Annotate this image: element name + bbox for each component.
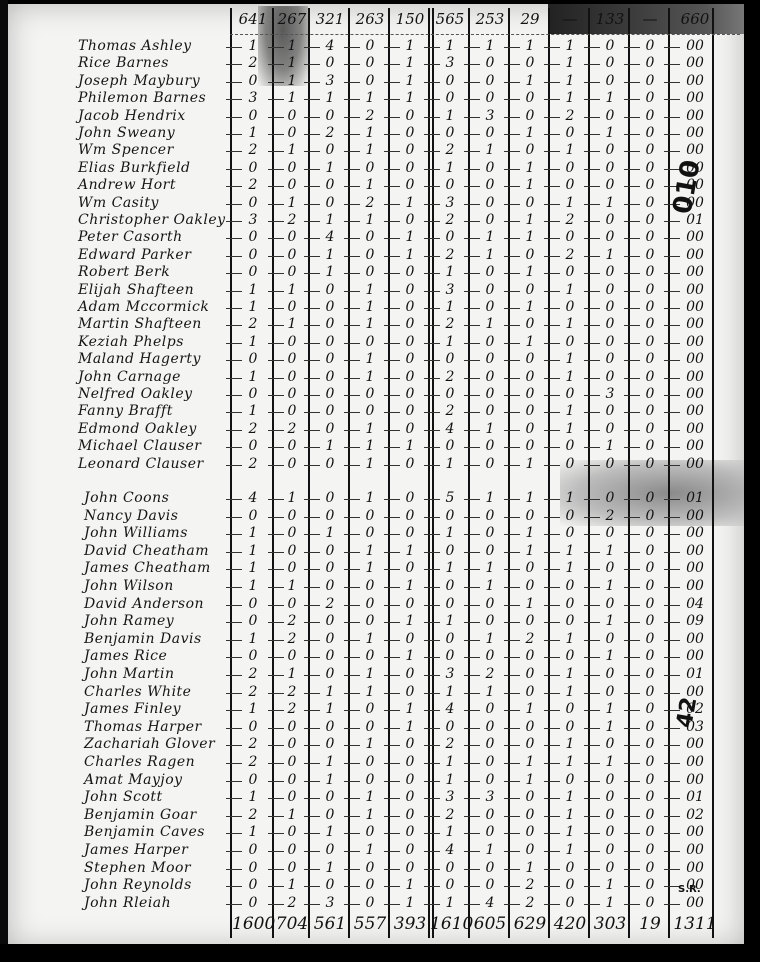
tally-cell: 0 xyxy=(390,666,430,682)
tally-cell: 1 xyxy=(590,701,630,717)
tally-cell: 0 xyxy=(274,247,310,263)
column-header: 263 xyxy=(350,10,390,32)
tally-cell: 0 xyxy=(470,596,510,612)
tally-cell: 0 xyxy=(350,73,390,89)
tally-cell: 1 xyxy=(310,684,350,700)
tally-cell: 0 xyxy=(390,754,430,770)
column-total: 629 xyxy=(510,914,550,934)
tally-cell: 1 xyxy=(350,490,390,506)
tally-cell: 0 xyxy=(232,842,274,858)
entry-name: Amat Mayjoy xyxy=(84,772,183,788)
tally-cell: 0 xyxy=(630,525,670,541)
tally-cell: 00 xyxy=(670,438,720,454)
tally-cell: 0 xyxy=(510,684,550,700)
tally-cell: 1 xyxy=(232,282,274,298)
tally-cell: 0 xyxy=(274,351,310,367)
table-row: 2101021010000 xyxy=(232,142,720,158)
tally-cell: 0 xyxy=(232,229,274,245)
column-header: — xyxy=(630,10,670,32)
tally-cell: 0 xyxy=(390,334,430,350)
entry-name: Robert Berk xyxy=(78,264,170,280)
tally-cell: 0 xyxy=(630,73,670,89)
tally-cell: 0 xyxy=(390,264,430,280)
tally-cell: 1 xyxy=(470,490,510,506)
tally-cell: 0 xyxy=(470,55,510,71)
table-row: 0020000100004 xyxy=(232,596,720,612)
tally-cell: 0 xyxy=(550,299,590,315)
tally-cell: 0 xyxy=(590,229,630,245)
tally-cell: 0 xyxy=(274,177,310,193)
tally-cell: 04 xyxy=(670,596,720,612)
tally-cell: 1 xyxy=(550,316,590,332)
tally-cell: 1 xyxy=(550,560,590,576)
tally-cell: 0 xyxy=(630,421,670,437)
tally-cell: 1 xyxy=(350,142,390,158)
tally-cell: 1 xyxy=(390,195,430,211)
tally-cell: 0 xyxy=(232,73,274,89)
tally-cell: 00 xyxy=(670,264,720,280)
tally-cell: 00 xyxy=(670,403,720,419)
tally-cell: 1 xyxy=(350,282,390,298)
tally-cell: 0 xyxy=(232,247,274,263)
tally-cell: 0 xyxy=(590,403,630,419)
tally-cell: 1 xyxy=(550,807,590,823)
tally-cell: 0 xyxy=(310,578,350,594)
tally-cell: 2 xyxy=(232,754,274,770)
tally-cell: 0 xyxy=(390,125,430,141)
tally-cell: 0 xyxy=(510,736,550,752)
tally-cell: 0 xyxy=(590,351,630,367)
tally-cell: 0 xyxy=(390,316,430,332)
tally-cell: 1 xyxy=(310,438,350,454)
tally-cell: 01 xyxy=(670,789,720,805)
tally-cell: 0 xyxy=(430,177,470,193)
tally-cell: 1 xyxy=(274,73,310,89)
tally-cell: 0 xyxy=(590,789,630,805)
entry-name: James Rice xyxy=(84,648,167,664)
tally-cell: 2 xyxy=(232,456,274,472)
column-header: 660 xyxy=(670,10,720,32)
tally-cell: 1 xyxy=(510,264,550,280)
tally-cell: 00 xyxy=(670,543,720,559)
tally-cell: 1 xyxy=(550,38,590,54)
tally-cell: 1 xyxy=(310,754,350,770)
tally-cell: 0 xyxy=(350,403,390,419)
tally-cell: 1 xyxy=(232,631,274,647)
tally-cell: 0 xyxy=(470,860,510,876)
tally-cell: 1 xyxy=(274,142,310,158)
column-header: 150 xyxy=(390,10,430,32)
table-row: 1101030010000 xyxy=(232,282,720,298)
tally-cell: 1 xyxy=(274,282,310,298)
tally-cell: 0 xyxy=(350,877,390,893)
tally-cell: 0 xyxy=(510,666,550,682)
table-row: 0010010100000 xyxy=(232,160,720,176)
tally-cell: 0 xyxy=(550,229,590,245)
tally-cell: 0 xyxy=(232,860,274,876)
entry-name: Christopher Oakley xyxy=(78,212,226,228)
tally-cell: 0 xyxy=(470,701,510,717)
tally-cell: 1 xyxy=(350,90,390,106)
tally-cell: 0 xyxy=(550,456,590,472)
tally-cell: 0 xyxy=(232,648,274,664)
entry-name: John Ramey xyxy=(84,613,174,629)
entry-name: John Scott xyxy=(84,789,163,805)
tally-cell: 1 xyxy=(510,701,550,717)
tally-cell: 0 xyxy=(590,807,630,823)
tally-cell: 0 xyxy=(350,38,390,54)
tally-cell: 0 xyxy=(590,177,630,193)
tally-cell: 0 xyxy=(550,648,590,664)
entry-name: Joseph Maybury xyxy=(78,73,200,89)
tally-cell: 0 xyxy=(590,38,630,54)
table-row: 0040101100000 xyxy=(232,229,720,245)
table-row: 4101051110001 xyxy=(232,490,720,506)
tally-cell: 0 xyxy=(630,316,670,332)
tally-cell: 2 xyxy=(470,666,510,682)
entry-name: Rice Barnes xyxy=(78,55,169,71)
tally-cell: 0 xyxy=(274,386,310,402)
tally-cell: 1 xyxy=(470,842,510,858)
tally-cell: 2 xyxy=(274,212,310,228)
tally-cell: 3 xyxy=(310,73,350,89)
tally-cell: 1 xyxy=(550,736,590,752)
tally-cell: 2 xyxy=(310,596,350,612)
tally-cell: 0 xyxy=(430,877,470,893)
tally-cell: 1 xyxy=(550,666,590,682)
tally-cell: 1 xyxy=(350,543,390,559)
tally-cell: 0 xyxy=(232,108,274,124)
tally-cell: 1 xyxy=(590,543,630,559)
tally-cell: 0 xyxy=(630,438,670,454)
tally-cell: 0 xyxy=(390,824,430,840)
tally-cell: 1 xyxy=(274,90,310,106)
tally-cell: 0 xyxy=(390,369,430,385)
tally-cell: 00 xyxy=(670,525,720,541)
tally-cell: 2 xyxy=(550,247,590,263)
tally-cell: 1 xyxy=(274,55,310,71)
tally-cell: 0 xyxy=(510,842,550,858)
tally-cell: 0 xyxy=(510,421,550,437)
tally-cell: 00 xyxy=(670,456,720,472)
entry-name: Maland Hagerty xyxy=(78,351,201,367)
tally-cell: 0 xyxy=(510,90,550,106)
tally-cell: 1 xyxy=(590,438,630,454)
tally-cell: 2 xyxy=(274,895,310,911)
tally-cell: 00 xyxy=(670,386,720,402)
tally-cell: 1 xyxy=(350,666,390,682)
table-row: 1021000101000 xyxy=(232,125,720,141)
tally-cell: 0 xyxy=(430,860,470,876)
tally-cell: 0 xyxy=(550,613,590,629)
tally-cell: 1 xyxy=(590,754,630,770)
tally-cell: 1 xyxy=(310,160,350,176)
tally-cell: 0 xyxy=(470,736,510,752)
tally-cell: 1 xyxy=(590,895,630,911)
tally-cell: 2 xyxy=(274,421,310,437)
tally-cell: 3 xyxy=(590,386,630,402)
table-row: 1001010100000 xyxy=(232,299,720,315)
tally-cell: 0 xyxy=(470,334,510,350)
scan-border-bottom xyxy=(0,944,760,962)
tally-cell: 00 xyxy=(670,334,720,350)
tally-cell: 0 xyxy=(470,195,510,211)
tally-cell: 0 xyxy=(470,648,510,664)
tally-cell: 1 xyxy=(550,73,590,89)
table-row: 1100101001000 xyxy=(232,578,720,594)
tally-cell: 1 xyxy=(550,842,590,858)
tally-cell: 1 xyxy=(430,560,470,576)
tally-cell: 0 xyxy=(510,824,550,840)
tally-cell: 1 xyxy=(550,631,590,647)
tally-cell: 0 xyxy=(274,264,310,280)
tally-cell: 4 xyxy=(430,421,470,437)
tally-cell: 0 xyxy=(390,282,430,298)
tally-cell: 1 xyxy=(350,807,390,823)
tally-cell: 0 xyxy=(310,299,350,315)
tally-cell: 0 xyxy=(274,648,310,664)
tally-cell: 1 xyxy=(232,560,274,576)
tally-cell: 0 xyxy=(630,543,670,559)
entry-name: Adam Mccormick xyxy=(78,299,209,315)
table-row: 1010010100000 xyxy=(232,525,720,541)
tally-cell: 0 xyxy=(470,807,510,823)
tally-cell: 0 xyxy=(274,334,310,350)
tally-cell: 1 xyxy=(550,90,590,106)
tally-cell: 1 xyxy=(430,160,470,176)
tally-cell: 3 xyxy=(430,195,470,211)
table-row: 1001020010000 xyxy=(232,369,720,385)
tally-cell: 0 xyxy=(274,299,310,315)
tally-cell: 0 xyxy=(232,596,274,612)
tally-cell: 0 xyxy=(390,177,430,193)
tally-cell: 2 xyxy=(274,613,310,629)
column-header: 253 xyxy=(470,10,510,32)
tally-cell: 1 xyxy=(550,55,590,71)
tally-cell: 0 xyxy=(232,508,274,524)
column-total: 557 xyxy=(350,914,390,934)
entry-name: Charles White xyxy=(84,684,191,700)
tally-cell: 1 xyxy=(430,299,470,315)
tally-cell: 0 xyxy=(310,631,350,647)
tally-cell: 0 xyxy=(630,403,670,419)
table-row: 0000100001003 xyxy=(232,719,720,735)
tally-cell: 0 xyxy=(470,177,510,193)
tally-cell: 0 xyxy=(590,282,630,298)
tally-cell: 0 xyxy=(590,334,630,350)
tally-cell: 1 xyxy=(390,719,430,735)
tally-cell: 00 xyxy=(670,560,720,576)
tally-cell: 1 xyxy=(350,177,390,193)
tally-cell: 1 xyxy=(430,525,470,541)
tally-cell: 1 xyxy=(390,229,430,245)
tally-cell: 1 xyxy=(390,578,430,594)
tally-cell: 00 xyxy=(670,90,720,106)
tally-cell: 1 xyxy=(590,125,630,141)
tally-cell: 0 xyxy=(350,701,390,717)
table-row: 0000000003000 xyxy=(232,386,720,402)
tally-cell: 1 xyxy=(390,438,430,454)
tally-cell: 1 xyxy=(430,334,470,350)
table-row: 1000020010000 xyxy=(232,403,720,419)
tally-cell: 1 xyxy=(310,90,350,106)
tally-cell: 0 xyxy=(274,438,310,454)
table-row: 0230114201000 xyxy=(232,895,720,911)
tally-cell: 0 xyxy=(510,55,550,71)
tally-cell: 0 xyxy=(310,369,350,385)
tally-cell: 0 xyxy=(590,631,630,647)
tally-cell: 1 xyxy=(470,316,510,332)
tally-cell: 1 xyxy=(430,895,470,911)
tally-cell: 0 xyxy=(390,631,430,647)
table-row: 0002013020000 xyxy=(232,108,720,124)
tally-cell: 0 xyxy=(630,508,670,524)
tally-cell: 0 xyxy=(590,142,630,158)
tally-cell: 0 xyxy=(274,789,310,805)
column-total: 704 xyxy=(274,914,310,934)
tally-cell: 0 xyxy=(550,701,590,717)
tally-cell: 4 xyxy=(310,229,350,245)
tally-cell: 0 xyxy=(510,403,550,419)
entry-name: John Carnage xyxy=(78,369,181,385)
tally-cell: 0 xyxy=(470,73,510,89)
tally-cell: 2 xyxy=(590,508,630,524)
tally-cell: 0 xyxy=(550,160,590,176)
tally-cell: 0 xyxy=(232,613,274,629)
table-row: 2001010100000 xyxy=(232,456,720,472)
tally-cell: 0 xyxy=(430,543,470,559)
tally-cell: 1 xyxy=(590,90,630,106)
tally-cell: 1 xyxy=(390,613,430,629)
entry-name: Stephen Moor xyxy=(84,860,191,876)
tally-cell: 0 xyxy=(310,719,350,735)
tally-cell: 0 xyxy=(232,895,274,911)
entry-name: Edward Parker xyxy=(78,247,191,263)
tally-cell: 1 xyxy=(430,772,470,788)
tally-cell: 0 xyxy=(630,282,670,298)
tally-cell: 00 xyxy=(670,648,720,664)
column-total: 605 xyxy=(470,914,510,934)
tally-cell: 0 xyxy=(630,684,670,700)
tally-cell: 1 xyxy=(550,684,590,700)
tally-cell: 0 xyxy=(390,299,430,315)
scan-border-right xyxy=(744,0,760,962)
tally-cell: 0 xyxy=(470,543,510,559)
tally-cell: 0 xyxy=(550,438,590,454)
entry-name: Keziah Phelps xyxy=(78,334,184,350)
tally-cell: 1 xyxy=(390,90,430,106)
column-header: 641 xyxy=(232,10,274,32)
tally-cell: 0 xyxy=(390,421,430,437)
tally-cell: 1 xyxy=(232,824,274,840)
tally-cell: 1 xyxy=(274,877,310,893)
table-row: 2211011010000 xyxy=(232,684,720,700)
tally-cell: 1 xyxy=(550,282,590,298)
tally-cell: 1 xyxy=(350,789,390,805)
tally-cell: 2 xyxy=(232,177,274,193)
tally-cell: 1 xyxy=(390,247,430,263)
tally-cell: 2 xyxy=(274,701,310,717)
tally-cell: 0 xyxy=(470,351,510,367)
tally-cell: 0 xyxy=(390,508,430,524)
table-row: 1001011010000 xyxy=(232,560,720,576)
tally-cell: 0 xyxy=(630,719,670,735)
column-totals-row: 16007045615573931610605629420303191311 xyxy=(232,914,720,934)
tally-cell: 0 xyxy=(470,282,510,298)
tally-cell: 1 xyxy=(470,247,510,263)
tally-cell: 2 xyxy=(274,684,310,700)
entry-name: John Martin xyxy=(84,666,175,682)
tally-cell: 0 xyxy=(274,772,310,788)
tally-cell: 2 xyxy=(510,631,550,647)
tally-cell: 0 xyxy=(310,351,350,367)
tally-cell: 0 xyxy=(350,719,390,735)
column-total: 1600 xyxy=(232,914,274,934)
tally-cell: 2 xyxy=(430,403,470,419)
column-header: 565 xyxy=(430,10,470,32)
tally-cell: 0 xyxy=(630,596,670,612)
scan-border-left xyxy=(0,0,8,962)
tally-cell: 00 xyxy=(670,55,720,71)
tally-cell: 0 xyxy=(430,648,470,664)
tally-cell: 1 xyxy=(510,490,550,506)
table-row: 0100100201000 xyxy=(232,877,720,893)
tally-cell: 2 xyxy=(430,247,470,263)
tally-cell: 1 xyxy=(390,55,430,71)
tally-cell: 1 xyxy=(430,684,470,700)
tally-cell: 00 xyxy=(670,125,720,141)
column-header: 267 xyxy=(274,10,310,32)
tally-cell: 0 xyxy=(510,195,550,211)
tally-cell: 0 xyxy=(310,386,350,402)
entry-name: James Harper xyxy=(84,842,188,858)
tally-cell: 1 xyxy=(274,38,310,54)
tally-cell: 0 xyxy=(630,212,670,228)
tally-cell: 2 xyxy=(550,108,590,124)
tally-cell: 1 xyxy=(510,543,550,559)
tally-cell: 0 xyxy=(590,421,630,437)
tally-cell: 0 xyxy=(550,508,590,524)
entry-name: John Reynolds xyxy=(84,877,192,893)
tally-cell: 0 xyxy=(590,560,630,576)
tally-cell: 1 xyxy=(470,38,510,54)
tally-cell: 0 xyxy=(232,160,274,176)
tally-cell: 0 xyxy=(430,596,470,612)
tally-cell: 2 xyxy=(430,212,470,228)
tally-cell: 2 xyxy=(274,631,310,647)
tally-cell: 0 xyxy=(510,648,550,664)
tally-cell: 0 xyxy=(630,195,670,211)
table-row: 0010000100000 xyxy=(232,860,720,876)
column-total: 303 xyxy=(590,914,630,934)
tally-cell: 1 xyxy=(350,351,390,367)
tally-cell: 01 xyxy=(670,490,720,506)
entry-name: Elijah Shafteen xyxy=(78,282,194,298)
tally-cell: 0 xyxy=(470,508,510,524)
tally-cell: 0 xyxy=(510,438,550,454)
tally-cell: 00 xyxy=(670,421,720,437)
tally-cell: 1 xyxy=(510,456,550,472)
tally-cell: 0 xyxy=(630,125,670,141)
tally-cell: 1 xyxy=(310,772,350,788)
tally-cell: 1 xyxy=(590,613,630,629)
header-rule xyxy=(230,34,740,36)
tally-cell: 1 xyxy=(232,578,274,594)
tally-cell: 0 xyxy=(630,772,670,788)
entry-name: Andrew Hort xyxy=(78,177,176,193)
tally-cell: 1 xyxy=(350,125,390,141)
table-row: 0010010100000 xyxy=(232,772,720,788)
